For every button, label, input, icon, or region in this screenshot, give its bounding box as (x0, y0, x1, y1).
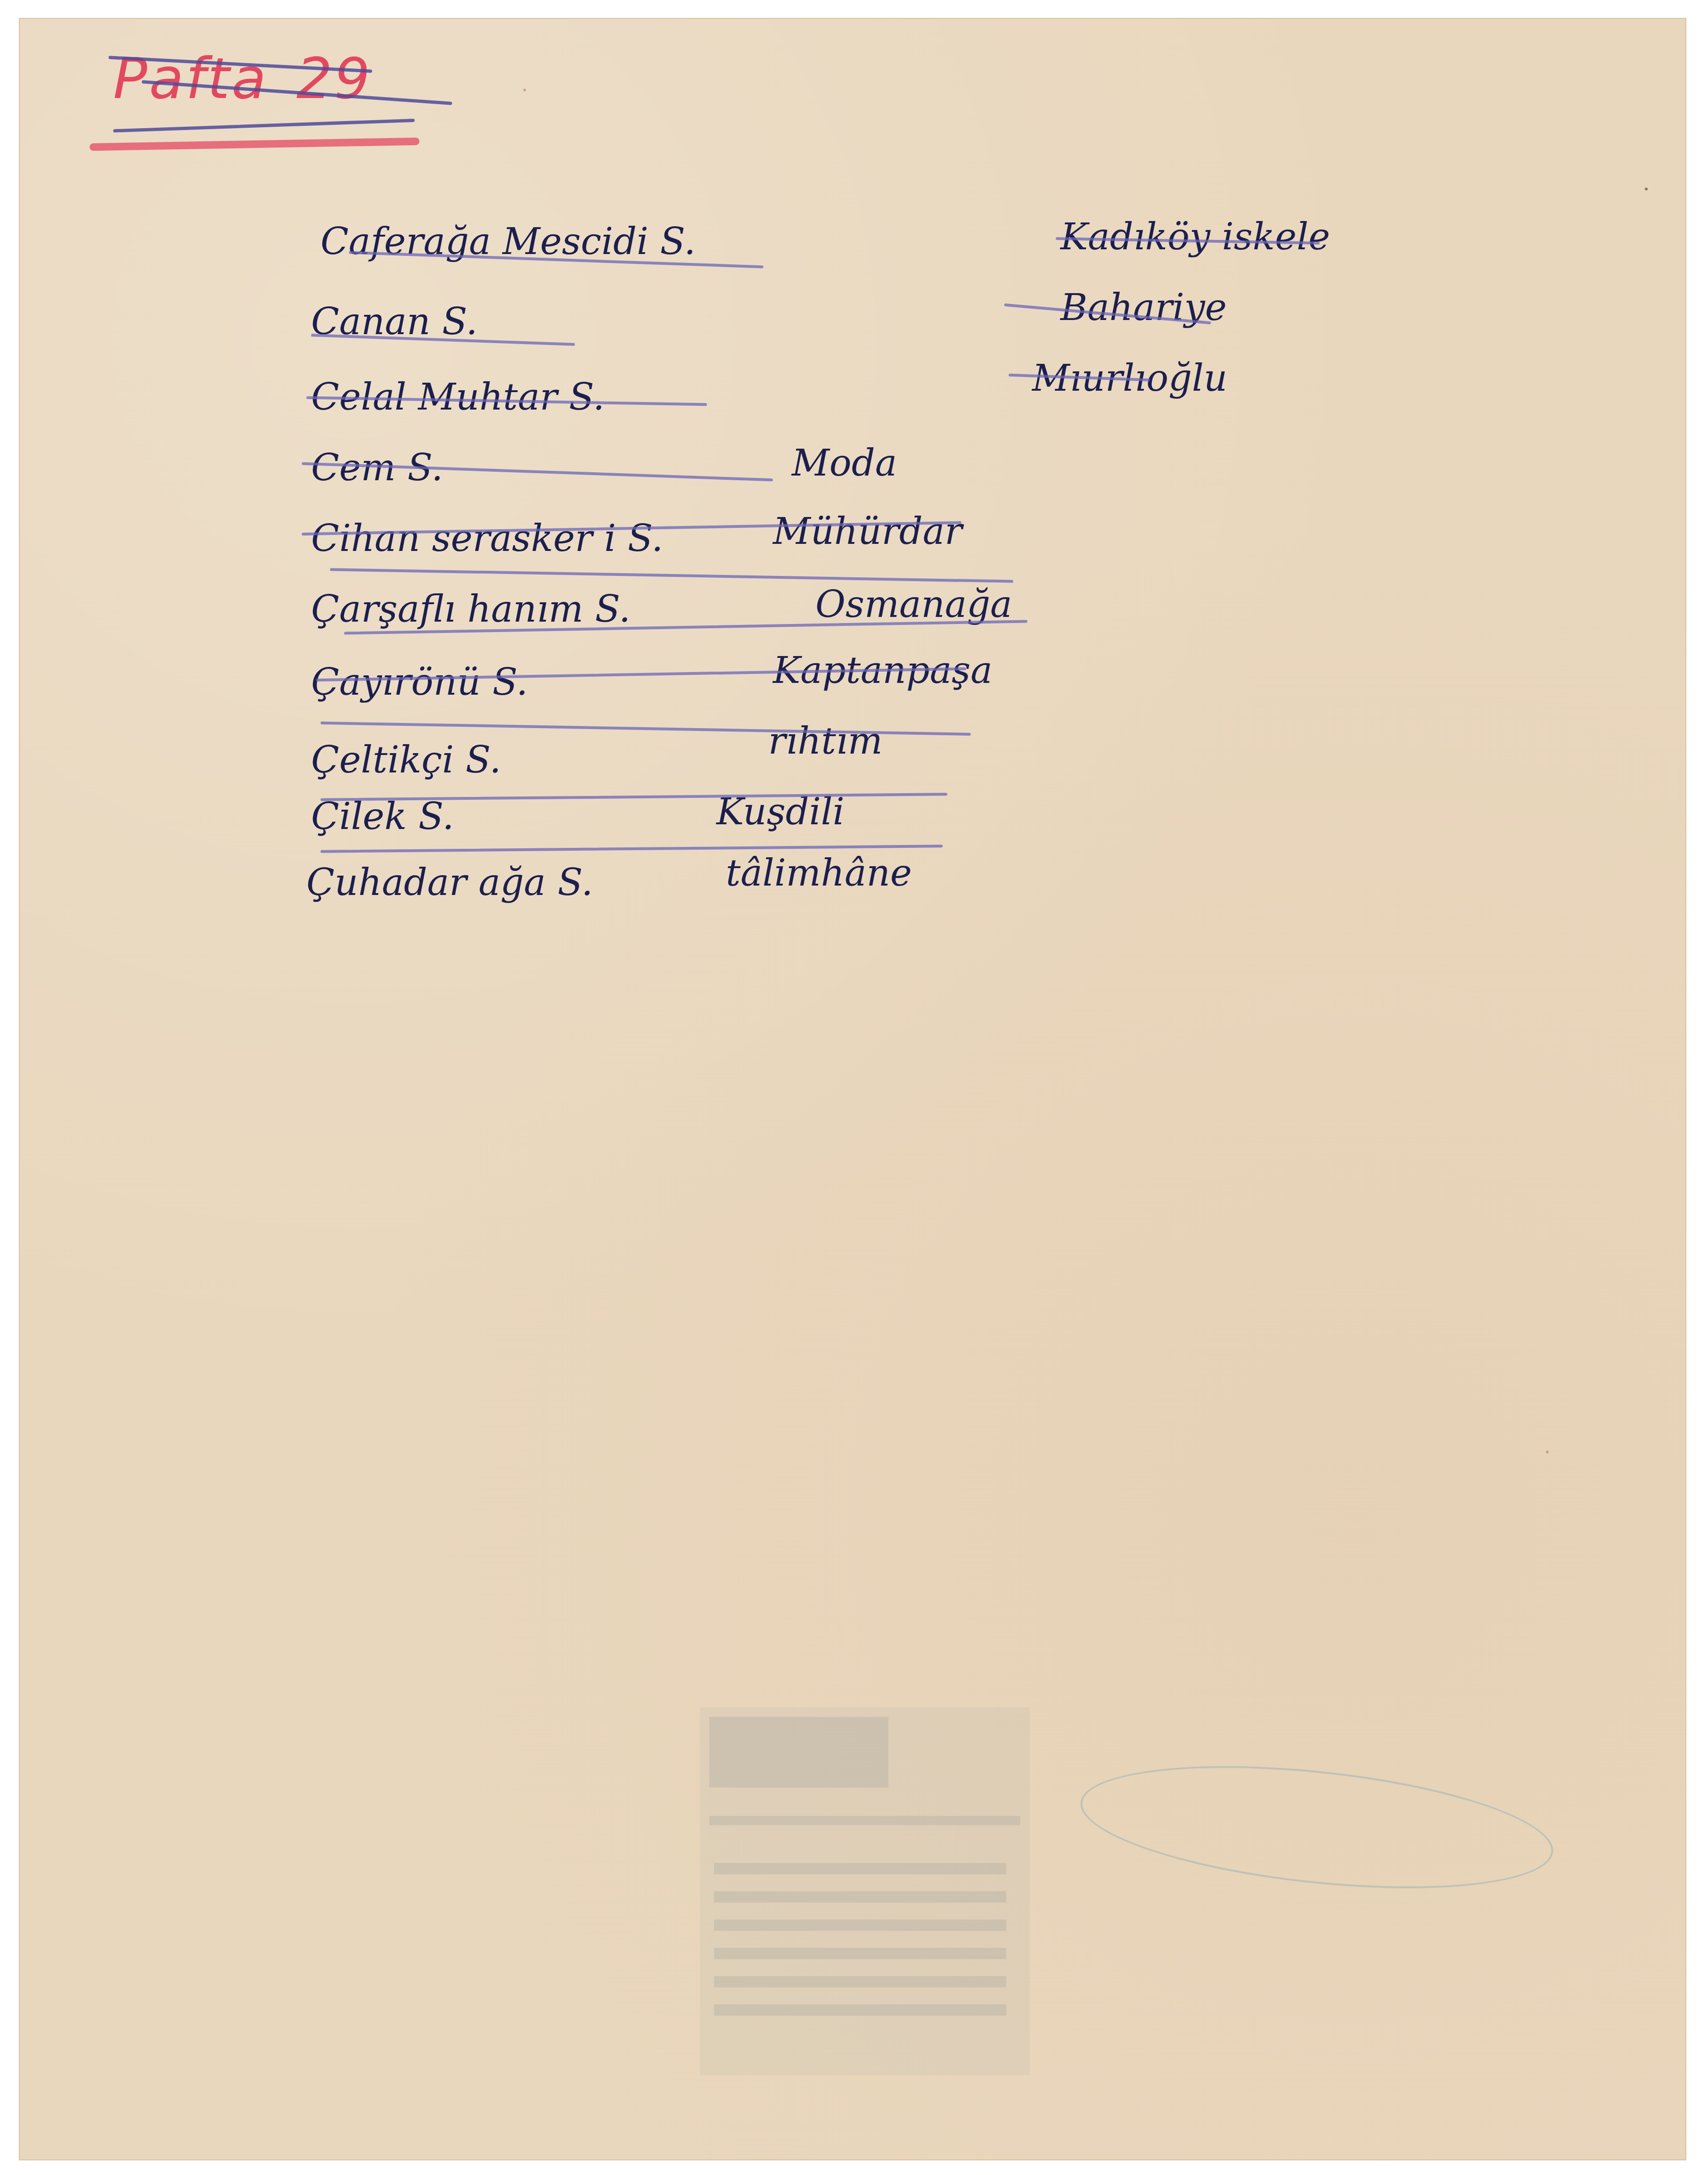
street-entry: Çuhadar ağa S. (306, 862, 593, 904)
street-entry: Çayırönü S. (311, 661, 528, 704)
paper-speck (1546, 1451, 1549, 1453)
neighborhood-entry: Moda (792, 442, 897, 484)
paper-speck (523, 89, 526, 91)
pafta-header: Pafta29 (113, 46, 372, 112)
bleed-through-stamp (700, 1707, 1030, 2075)
street-entry: Cihan serasker i S. (311, 517, 663, 560)
pafta-number: 29 (296, 46, 372, 112)
header-underline (90, 138, 419, 151)
street-entry: Çeltikçi S. (311, 739, 501, 781)
neighborhood-entry: rıhtım (768, 720, 883, 763)
street-entry: Çilek S. (311, 796, 454, 838)
paper-sheet: Pafta29 Caferağa Mescidi S. Kadıköy iske… (19, 18, 1686, 2160)
pafta-label: Pafta (113, 46, 268, 112)
neighborhood-entry: tâlimhâne (726, 852, 912, 895)
bleed-through-oval (1075, 1747, 1559, 1908)
neighborhood-entry: Mühürdar (773, 510, 962, 553)
strike-line (330, 568, 1013, 583)
header-strike-line (113, 119, 415, 132)
ink-mark (1645, 188, 1648, 190)
neighborhood-entry: Osmanağa (815, 583, 1012, 626)
street-entry: Çarşaflı hanım S. (311, 588, 631, 631)
neighborhood-entry: Kadıköy iskele (1060, 216, 1330, 258)
